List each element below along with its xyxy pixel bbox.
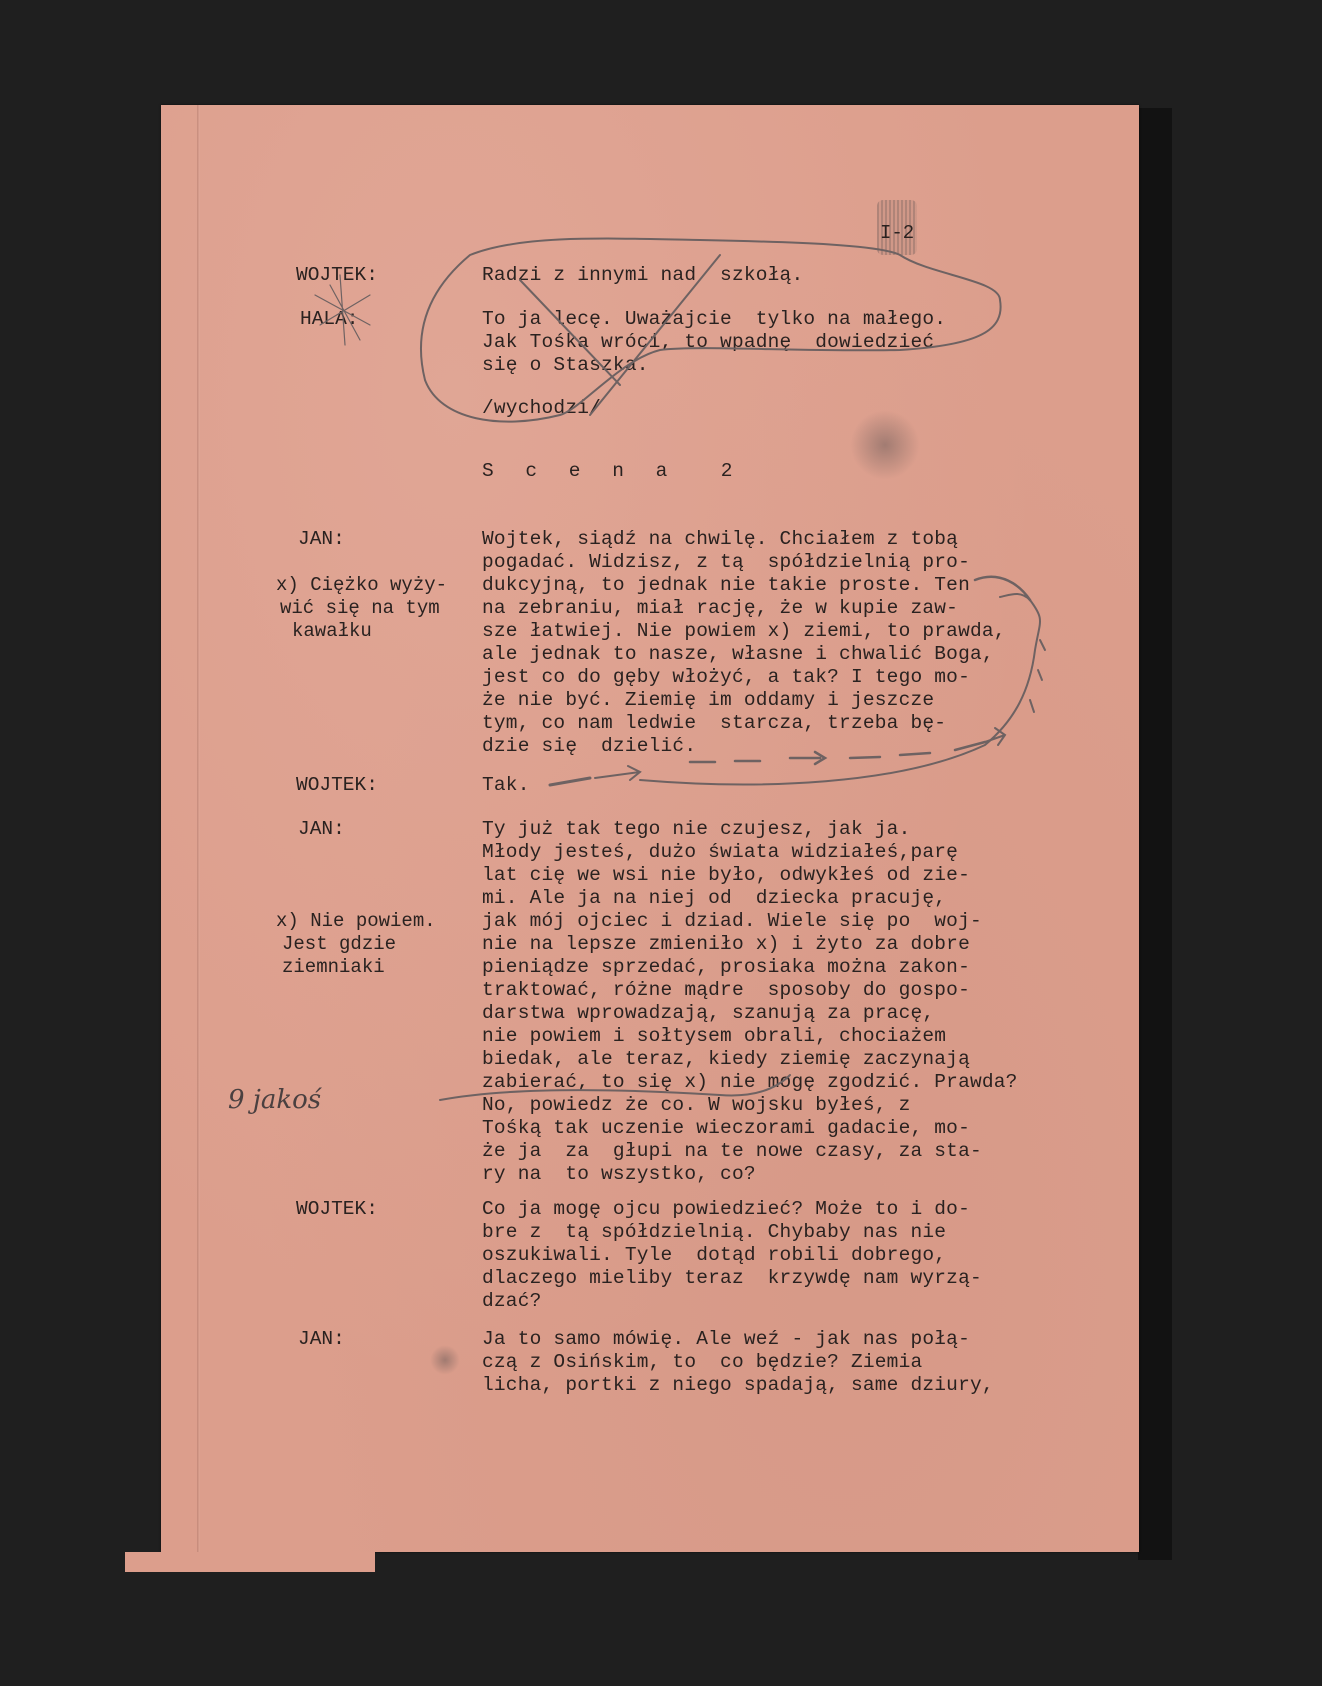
dialogue-line: To ja lecę. Uważajcie tylko na małego. — [482, 308, 946, 332]
dialogue-line: Radzi z innymi nad szkołą. — [482, 264, 803, 288]
dialogue-line: biedak, ale teraz, kiedy ziemię zaczynaj… — [482, 1048, 970, 1072]
dialogue-line: jak mój ojciec i dziad. Wiele się po woj… — [482, 910, 982, 934]
stage-direction: /wychodzi/ — [482, 397, 601, 421]
dialogue-line: jest co do gęby włożyć, a tak? I tego mo… — [482, 666, 970, 690]
dialogue-line: nie powiem i sołtysem obrali, chociażem — [482, 1025, 946, 1049]
page-edge — [125, 1552, 375, 1572]
dialogue-line: zabierać, to się x) nie mogę zgodzić. Pr… — [482, 1071, 1018, 1095]
dialogue-line: nie na lepsze zmieniło x) i żyto za dobr… — [482, 933, 970, 957]
dialogue-line: pieniądze sprzedać, prosiaka można zakon… — [482, 956, 970, 980]
dialogue-line: że nie być. Ziemię im oddamy i jeszcze — [482, 689, 934, 713]
dialogue-line: dzie się dzielić. — [482, 735, 696, 759]
dialogue-line: traktować, różne mądre sposoby do gospo- — [482, 979, 970, 1003]
margin-note-line: ziemniaki — [282, 956, 385, 980]
margin-note-line: wić się na tym — [280, 597, 440, 621]
dialogue-line: bre z tą spółdzielnią. Chybaby nas nie — [482, 1221, 946, 1245]
dialogue-line: pogadać. Widzisz, z tą spółdzielnią pro- — [482, 551, 970, 575]
scene-heading: S c e n a 2 — [482, 460, 742, 484]
dialogue-line: na zebraniu, miał rację, że w kupie zaw- — [482, 597, 958, 621]
speaker-label: WOJTEK: — [296, 264, 378, 286]
page-fold — [197, 105, 200, 1552]
margin-note-line: x) Ciężko wyży- — [276, 574, 447, 598]
margin-note-line: Jest gdzie — [282, 933, 396, 957]
dialogue-line: dukcyjną, to jednak nie takie proste. Te… — [482, 574, 970, 598]
speaker-label: JAN: — [298, 818, 345, 840]
dialogue-line: Wojtek, siądź na chwilę. Chciałem z tobą — [482, 528, 958, 552]
dialogue-line: że ja za głupi na te nowe czasy, za sta- — [482, 1140, 982, 1164]
dialogue-line: dlaczego mieliby teraz krzywdę nam wyrzą… — [482, 1267, 982, 1291]
dialogue-line: się o Staszka. — [482, 354, 649, 378]
dialogue-line: czą z Osińskim, to co będzie? Ziemia — [482, 1351, 922, 1375]
speaker-label: JAN: — [298, 528, 345, 550]
pencil-smudge — [850, 410, 920, 480]
dialogue-line: Tak. — [482, 774, 530, 798]
dialogue-line: Tośką tak uczenie wieczorami gadacie, mo… — [482, 1117, 970, 1141]
speaker-label: HALA: — [300, 308, 359, 330]
page-backing — [1138, 108, 1172, 1560]
dialogue-line: Co ja mogę ojcu powiedzieć? Może to i do… — [482, 1198, 970, 1222]
dialogue-line: oszukiwali. Tyle dotąd robili dobrego, — [482, 1244, 946, 1268]
page-number: I-2 — [880, 222, 914, 244]
dialogue-line: No, powiedz że co. W wojsku byłeś, z — [482, 1094, 910, 1118]
dialogue-line: darstwa wprowadzają, szanują za pracę, — [482, 1002, 934, 1026]
margin-note-line: x) Nie powiem. — [276, 910, 436, 934]
dialogue-line: Ty już tak tego nie czujesz, jak ja. — [482, 818, 910, 842]
dialogue-line: ry na to wszystko, co? — [482, 1163, 756, 1187]
dialogue-line: ale jednak to nasze, własne i chwalić Bo… — [482, 643, 994, 667]
dialogue-line: licha, portki z niego spadają, same dziu… — [482, 1374, 994, 1398]
pencil-smudge — [430, 1345, 460, 1375]
dialogue-line: Jak Tośka wróci, to wpadnę dowiedzieć — [482, 331, 934, 355]
dialogue-line: Młody jesteś, dużo świata widziałeś,parę — [482, 841, 958, 865]
dialogue-line: mi. Ale ja na niej od dziecka pracuję, — [482, 887, 946, 911]
speaker-label: WOJTEK: — [296, 774, 378, 796]
dialogue-line: tym, co nam ledwie starcza, trzeba bę- — [482, 712, 946, 736]
margin-note-line: kawałku — [292, 620, 372, 644]
handwritten-note: 9 jakoś — [228, 1085, 321, 1115]
dialogue-line: Ja to samo mówię. Ale weź - jak nas połą… — [482, 1328, 970, 1352]
dialogue-line: sze łatwiej. Nie powiem x) ziemi, to pra… — [482, 620, 1006, 644]
speaker-label: JAN: — [298, 1328, 345, 1350]
dialogue-line: dzać? — [482, 1290, 542, 1314]
dialogue-line: lat cię we wsi nie było, odwykłeś od zie… — [482, 864, 970, 888]
speaker-label: WOJTEK: — [296, 1198, 378, 1220]
